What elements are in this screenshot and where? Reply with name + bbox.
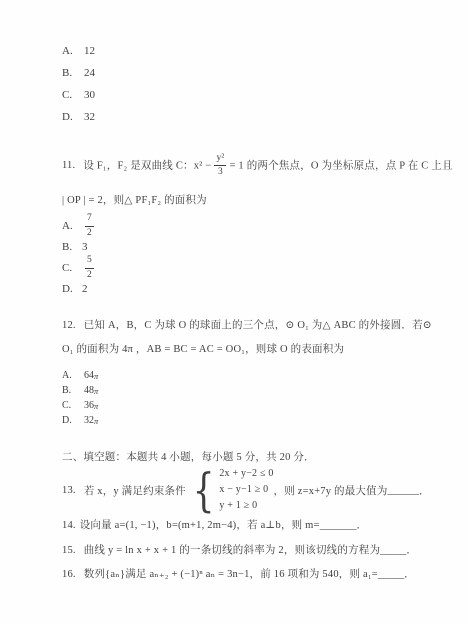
question-11-line-1: 11.设 F₁，F₂ 是双曲线 C：x² −y²3= 1 的两个焦点，O 为坐标… — [62, 153, 453, 179]
question-11-line-2: | OP | = 2，则△ PF₁F₂ 的面积为 — [62, 189, 207, 213]
pi-symbol: π — [94, 416, 98, 426]
option-value: 24 — [84, 67, 95, 79]
option-letter: D. — [62, 415, 84, 426]
option-row: A. 64π — [62, 368, 98, 383]
question-14: 14.设向量 a=(1, −1)，b=(m+1, 2m−4)，若 a⊥b，则 m… — [62, 518, 367, 534]
option-row: B. 48π — [62, 383, 98, 398]
option-letter: A. — [62, 45, 84, 57]
option-letter: D. — [62, 283, 82, 295]
option-value: 12 — [84, 45, 95, 57]
constraint-line: 2x + y−2 ≤ 0 — [219, 466, 273, 482]
fraction-y2-over-3: y²3 — [214, 153, 226, 179]
constraint-system: 2x + y−2 ≤ 0x − y−1 ≥ 0y + 1 ≥ 0 — [219, 466, 273, 514]
option-value: 36 — [84, 400, 94, 411]
question-12-line-2: O₁ 的面积为 4π ，AB = BC = AC = OO₁，则球 O 的表面积… — [62, 338, 344, 362]
question-13-text-after-system: ，则 z=x+7y 的最大值为 — [274, 483, 388, 498]
option-letter: A. — [62, 370, 84, 381]
question-13-number: 13. — [62, 485, 76, 496]
period: ． — [404, 569, 415, 580]
question-15-text: 曲线 y = ln x + x + 1 的一条切线的斜率为 2，则该切线的方程为 — [84, 545, 380, 556]
fraction-denominator: 2 — [85, 227, 94, 239]
option-value: 48 — [84, 385, 94, 396]
option-row: D. 32π — [62, 413, 98, 428]
option-row: A. 72 — [62, 213, 97, 239]
option-letter: C. — [62, 262, 82, 274]
option-fraction: 52 — [85, 255, 94, 281]
option-row: C. 30 — [62, 84, 95, 106]
option-fraction: 72 — [85, 213, 94, 239]
constraint-line: y + 1 ≥ 0 — [219, 498, 273, 514]
fraction-numerator: 5 — [85, 255, 94, 268]
section-2-header-text: 二、填空题：本题共 4 小题，每小题 5 分，共 20 分． — [62, 452, 315, 463]
option-value: 30 — [84, 89, 95, 101]
question-12-options: A. 64π B. 48π C. 36π D. 32π — [62, 368, 98, 428]
question-14-text: 设向量 a=(1, −1)，b=(m+1, 2m−4)，若 a⊥b，则 m= — [80, 520, 320, 531]
answer-blank: _____ — [378, 569, 404, 580]
question-14-number: 14. — [62, 520, 76, 531]
option-row: A. 12 — [62, 40, 95, 62]
option-row: B. 24 — [62, 62, 95, 84]
answer-blank: _____ — [380, 545, 406, 556]
period: ． — [406, 545, 417, 556]
option-value: 32 — [84, 111, 95, 123]
period: ． — [419, 483, 430, 498]
fraction-numerator: 7 — [85, 213, 94, 226]
question-15: 15.曲线 y = ln x + x + 1 的一条切线的斜率为 2，则该切线的… — [62, 543, 417, 559]
exam-page: A. 12 B. 24 C. 30 D. 32 11.设 F₁，F₂ 是双曲线 … — [0, 0, 468, 624]
question-12-number: 12. — [62, 320, 76, 331]
question-13-text-before-system: 若 x，y 满足约束条件 — [84, 483, 186, 498]
left-brace: { — [193, 466, 215, 514]
option-letter: C. — [62, 89, 84, 101]
question-12-line-1-text: 已知 A，B，C 为球 O 的球面上的三个点，⊙ O₁ 为△ ABC 的外接圆．… — [84, 320, 432, 331]
question-10-options: A. 12 B. 24 C. 30 D. 32 — [62, 40, 95, 128]
question-11-options: A. 72 B. 3 C. 52 D. 2 — [62, 213, 97, 297]
option-letter: D. — [62, 111, 84, 123]
period: ． — [356, 520, 367, 531]
option-letter: C. — [62, 400, 84, 411]
question-15-number: 15. — [62, 545, 76, 556]
option-value: 3 — [82, 241, 88, 253]
option-row: C. 36π — [62, 398, 98, 413]
option-value: 32 — [84, 415, 94, 426]
constraint-line: x − y−1 ≥ 0 — [219, 482, 273, 498]
option-row: D. 32 — [62, 106, 95, 128]
option-value: 64 — [84, 370, 94, 381]
pi-symbol: π — [94, 371, 98, 381]
option-letter: A. — [62, 220, 82, 232]
question-11-number: 11. — [62, 160, 75, 171]
question-11-text-before-fraction: 设 F₁，F₂ 是双曲线 C：x² − — [83, 160, 211, 171]
pi-symbol: π — [94, 386, 98, 396]
question-16-text: 数列{aₙ}满足 aₙ₊₂ + (−1)ⁿ aₙ = 3n−1，前 16 项和为… — [84, 569, 378, 580]
answer-blank: ______ — [388, 485, 420, 496]
question-12-line-1: 12.已知 A，B，C 为球 O 的球面上的三个点，⊙ O₁ 为△ ABC 的外… — [62, 314, 432, 338]
option-letter: B. — [62, 67, 84, 79]
option-row: D. 2 — [62, 281, 97, 297]
answer-blank: _______ — [320, 520, 357, 531]
option-row: C. 52 — [62, 255, 97, 281]
question-13: 13.若 x，y 满足约束条件{2x + y−2 ≤ 0x − y−1 ≥ 0y… — [62, 464, 430, 516]
question-11-line-2-text: | OP | = 2，则△ PF₁F₂ 的面积为 — [62, 195, 207, 206]
option-value: 2 — [82, 283, 88, 295]
option-letter: B. — [62, 385, 84, 396]
option-row: B. 3 — [62, 239, 97, 255]
question-16-number: 16. — [62, 569, 76, 580]
question-11-text-after-fraction: = 1 的两个焦点，O 为坐标原点，点 P 在 C 上且 — [229, 160, 452, 171]
question-16: 16.数列{aₙ}满足 aₙ₊₂ + (−1)ⁿ aₙ = 3n−1，前 16 … — [62, 567, 415, 583]
fraction-denominator: 3 — [214, 166, 226, 178]
fraction-denominator: 2 — [85, 269, 94, 281]
option-letter: B. — [62, 241, 82, 253]
fraction-numerator: y² — [214, 153, 226, 166]
question-12-line-2-text: O₁ 的面积为 4π ，AB = BC = AC = OO₁，则球 O 的表面积… — [62, 344, 344, 355]
pi-symbol: π — [94, 401, 98, 411]
